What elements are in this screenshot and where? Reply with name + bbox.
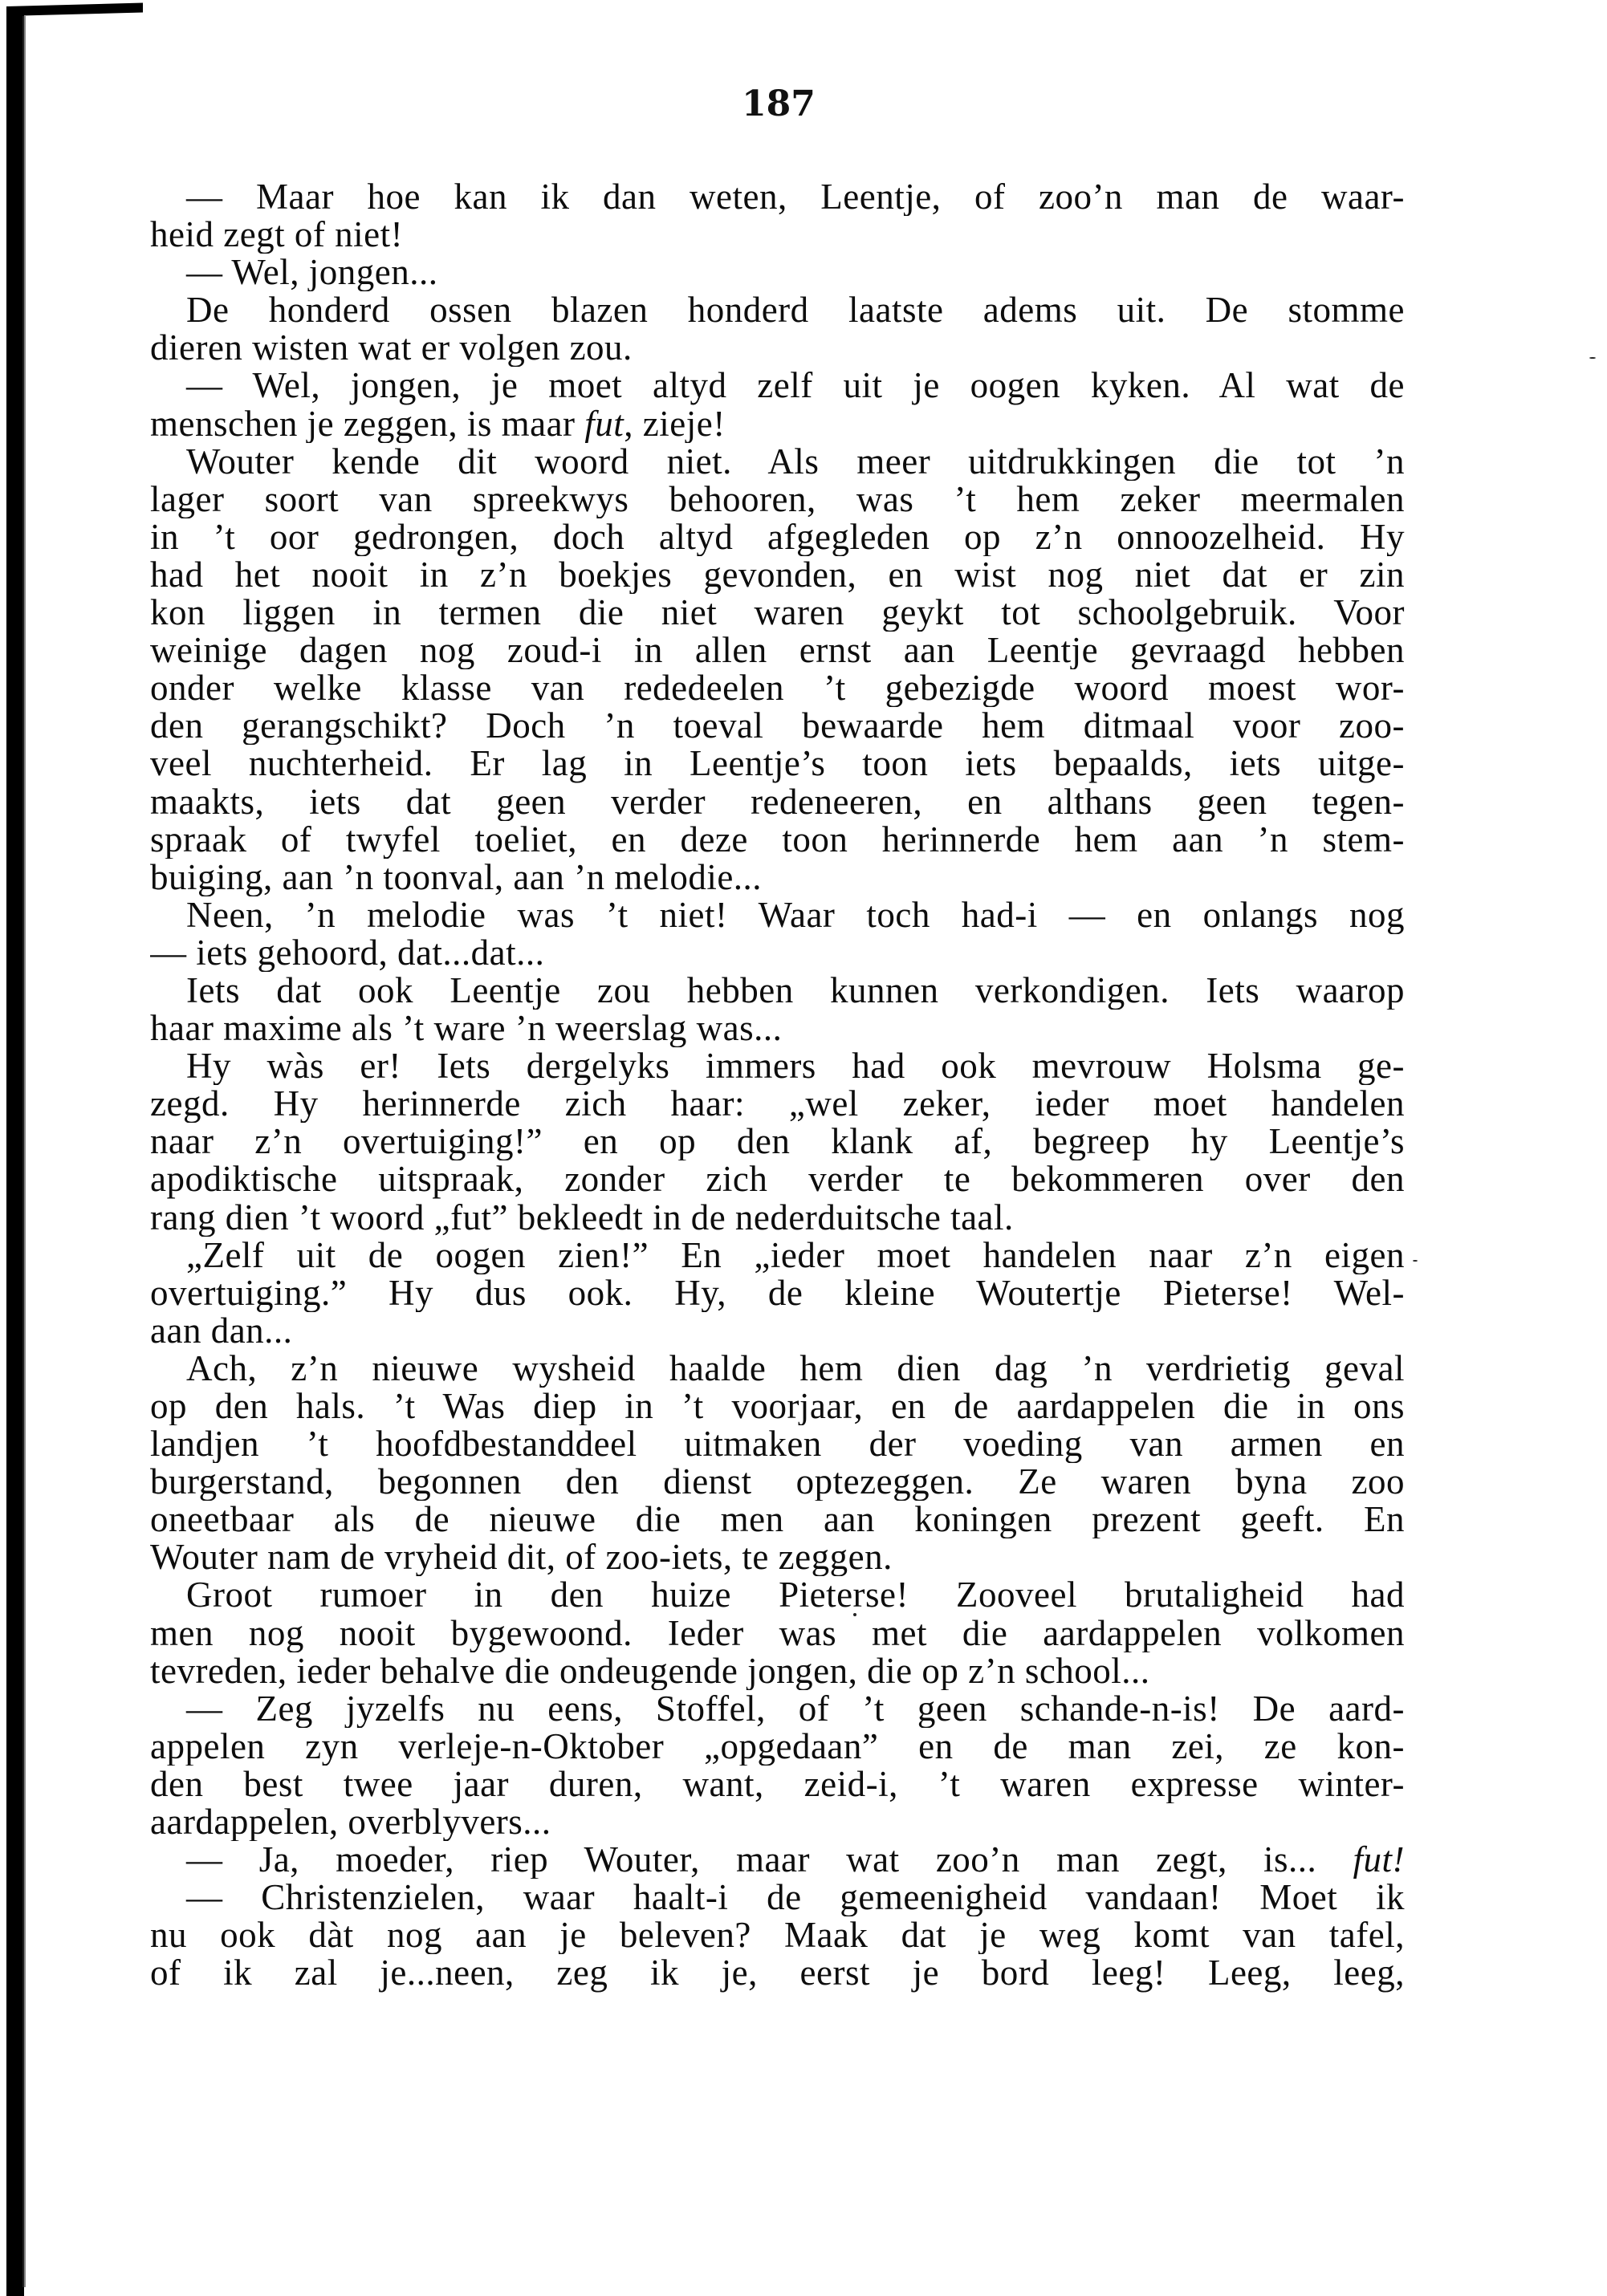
text-line: kon liggen in termen die niet waren geyk… — [150, 594, 1405, 632]
text-line: overtuiging.” Hy dus ook. Hy, de kleine … — [150, 1274, 1405, 1312]
text-line: — iets gehoord, dat...dat... — [150, 934, 1405, 972]
text-line: burgerstand, begonnen den dienst optezeg… — [150, 1463, 1405, 1501]
page-number: 187 — [0, 87, 1557, 122]
text-line: appelen zyn verleje-n-Oktober „opgedaan”… — [150, 1728, 1405, 1766]
text-line: — Christenzielen, waar haalt-i de gemeen… — [150, 1879, 1405, 1916]
text-line: De honderd ossen blazen honderd laatste … — [150, 291, 1405, 329]
scan-speck — [853, 1613, 856, 1616]
text-line: den gerangschikt? Doch ’n toeval bewaard… — [150, 707, 1405, 745]
text-line: — Zeg jyzelfs nu eens, Stoffel, of ’t ge… — [150, 1690, 1405, 1728]
text-line: den best twee jaar duren, want, zeid-i, … — [150, 1766, 1405, 1803]
text-line: veel nuchterheid. Er lag in Leentje’s to… — [150, 745, 1405, 782]
text-line: aardappelen, overblyvers... — [150, 1803, 1405, 1841]
text-line: „Zelf uit de oogen zien!” En „ieder moet… — [150, 1237, 1405, 1274]
text-line: buiging, aan ’n toonval, aan ’n melodie.… — [150, 859, 1405, 896]
text-line: onder welke klasse van rededeelen ’t geb… — [150, 669, 1405, 707]
text-line: — Maar hoe kan ik dan weten, Leentje, of… — [150, 178, 1405, 216]
text-line: — Ja, moeder, riep Wouter, maar wat zoo’… — [150, 1841, 1405, 1879]
text-line: Wouter nam de vryheid dit, of zoo-iets, … — [150, 1538, 1405, 1576]
text-line: op den hals. ’t Was diep in ’t voorjaar,… — [150, 1388, 1405, 1425]
text-line: dieren wisten wat er volgen zou. — [150, 329, 1405, 367]
text-line: menschen je zeggen, is maar fut, zieje! — [150, 405, 1405, 443]
italic-word: fut — [584, 405, 624, 443]
text-line: weinige dagen nog zoud-i in allen ernst … — [150, 632, 1405, 669]
text-line: Neen, ’n melodie was ’t niet! Waar toch … — [150, 896, 1405, 934]
text-line: maakts, iets dat geen verder redeneeren,… — [150, 783, 1405, 821]
text-line: oneetbaar als de nieuwe die men aan koni… — [150, 1501, 1405, 1538]
text-line: men nog nooit bygewoond. Ieder was met d… — [150, 1615, 1405, 1652]
text-line: lager soort van spreekwys behooren, was … — [150, 481, 1405, 518]
text-line: aan dan... — [150, 1312, 1405, 1350]
scan-border-left — [6, 6, 24, 2296]
scan-speck — [1413, 1260, 1418, 1262]
text-line: haar maxime als ’t ware ’n weerslag was.… — [150, 1010, 1405, 1047]
text-line: tevreden, ieder behalve die ondeugende j… — [150, 1652, 1405, 1690]
text-line: naar z’n overtuiging!” en op den klank a… — [150, 1123, 1405, 1160]
text-line: Hy wàs er! Iets dergelyks immers had ook… — [150, 1047, 1405, 1085]
text-line: Ach, z’n nieuwe wysheid haalde hem dien … — [150, 1350, 1405, 1388]
text-line: — Wel, jongen... — [150, 254, 1405, 291]
scan-speck — [1589, 357, 1596, 359]
text-line: spraak of twyfel toeliet, en deze toon h… — [150, 821, 1405, 859]
scan-border-shadow — [22, 16, 26, 2287]
text-line: in ’t oor gedrongen, doch altyd afgegled… — [150, 518, 1405, 556]
text-line: of ik zal je...neen, zeg ik je, eerst je… — [150, 1954, 1405, 1992]
text-line: Wouter kende dit woord niet. Als meer ui… — [150, 443, 1405, 481]
body-text: — Maar hoe kan ik dan weten, Leentje, of… — [150, 178, 1405, 1993]
text-line: landjen ’t hoofdbestanddeel uitmaken der… — [150, 1425, 1405, 1463]
text-line: had het nooit in z’n boekjes gevonden, e… — [150, 556, 1405, 594]
text-line: zegd. Hy herinnerde zich haar: „wel zeke… — [150, 1085, 1405, 1123]
text-line: Groot rumoer in den huize Pieterse! Zoov… — [150, 1576, 1405, 1614]
text-line: heid zegt of niet! — [150, 216, 1405, 254]
italic-word: fut! — [1353, 1841, 1406, 1879]
text-line: — Wel, jongen, je moet altyd zelf uit je… — [150, 367, 1405, 404]
scan-border-top — [6, 3, 143, 16]
text-line: rang dien ’t woord „fut” bekleedt in de … — [150, 1199, 1405, 1237]
text-line: apodiktische uitspraak, zonder zich verd… — [150, 1160, 1405, 1198]
text-line: nu ook dàt nog aan je beleven? Maak dat … — [150, 1916, 1405, 1954]
text-line: Iets dat ook Leentje zou hebben kunnen v… — [150, 972, 1405, 1010]
